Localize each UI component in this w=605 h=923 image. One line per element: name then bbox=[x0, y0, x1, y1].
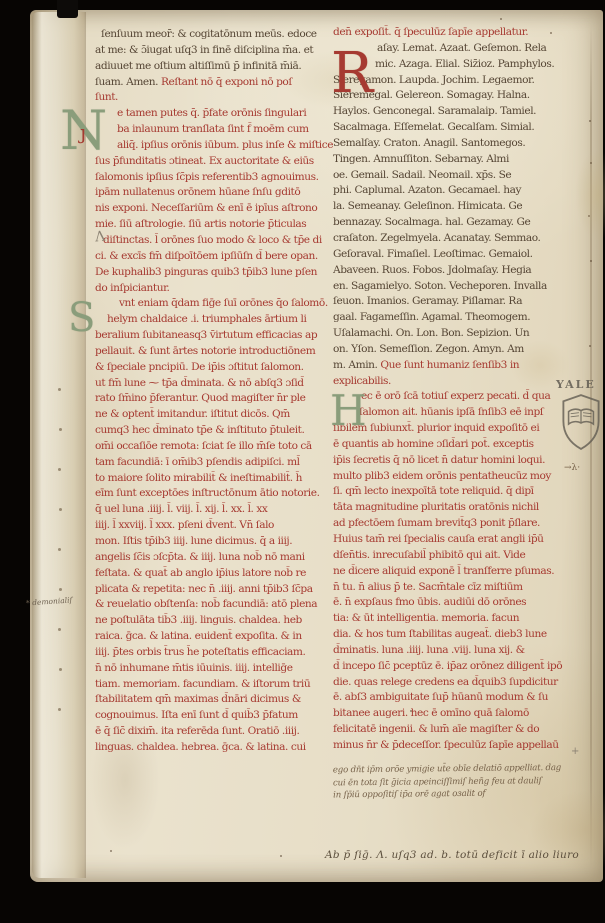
red-ink-text: tam facundiā: ī om̄ib3 pſendis adipiſci.… bbox=[95, 456, 300, 468]
red-ink-text: ſtabilitatem qm̄ maximas d̄nāri dicimus … bbox=[95, 693, 301, 705]
red-ink-text: linguas. chaldea. hebrea. ḡca. & latina.… bbox=[95, 741, 306, 753]
red-ink-text: ipām nullatenus orōnem hūane ſnſu gditō bbox=[95, 186, 300, 198]
red-ink-text: ip̄is ſecretis q̄ nō licet n̄ datur homi… bbox=[333, 454, 545, 466]
text-line: ſi. qm̄ lecto inexpoītā tote reliquid. q… bbox=[333, 484, 595, 500]
bottom-annotation: Ab p̄ ſiḡ. Λ. uſq3 ad. b. totū deficit ī… bbox=[325, 849, 579, 861]
text-line: q̄ uel luna .iiij. l̄. viij. l̄. xij. l̄… bbox=[95, 502, 335, 518]
text-line: De kuphalib3 pinguras quib3 tp̄ib3 lune … bbox=[95, 265, 335, 281]
binding-tab bbox=[57, 0, 78, 18]
initial-R: R bbox=[331, 46, 373, 102]
red-ink-text: pellauit. & ſunt ārtes notorie introduct… bbox=[95, 345, 315, 357]
brown-ink-text: Sacalmaga. Eſſemelat. Gecalſam. Simial. bbox=[333, 121, 534, 133]
text-line: ſalomonis ipſius ſc̄pis referentib3 agno… bbox=[95, 170, 335, 186]
brown-ink-text: on. Yſon. Semeſſion. Zegon. Amyn. Am bbox=[333, 343, 524, 355]
brown-ink-text: oe. Gemail. Sadail. Neomail. xp̄s. Se bbox=[333, 169, 511, 181]
brown-ink-text: phi. Caplumal. Azaton. Gecamael. hay bbox=[333, 184, 521, 196]
red-ink-text: ē q̄ ſic̄ dixim̄. ita referēda ſunt. Ora… bbox=[95, 725, 299, 737]
red-ink-text: & ſpeciale pncipiū. De ip̄is ɔſtitut ſal… bbox=[95, 361, 304, 373]
text-line: oe. Gemail. Sadail. Neomail. xp̄s. Se bbox=[333, 168, 595, 184]
yale-stamp-text: YALE bbox=[556, 378, 605, 391]
text-line: om̄i occaſiōe remota: ſciat ſe illo m̄ſe… bbox=[95, 439, 335, 455]
text-line: tam facundiā: ī om̄ib3 pſendis adipiſci.… bbox=[95, 455, 335, 471]
text-line: ad pfectōem ſumam brevit̄q3 ponit p̄ſlar… bbox=[333, 516, 595, 532]
text-line: ba inlaunum tranſlata ſint f̄ moēm cum bbox=[95, 122, 335, 138]
yale-library-stamp: YALE bbox=[556, 378, 605, 455]
text-line: plicata & repetita: nec n̄ .iiij. anni t… bbox=[95, 582, 335, 598]
text-line: feſtata. & quat̄ ab anglo ip̄ius latore … bbox=[95, 566, 335, 582]
red-ink-text: angelis ſc̄is ɔſcp̄ta. & iiij. luna nob̄… bbox=[95, 551, 305, 563]
text-line: e tamen putes q̄. p̄fate orōnis ſingular… bbox=[95, 106, 335, 122]
brown-ink-text: Abaveen. Ruos. Fobos. Jdolmaſay. Hegia bbox=[333, 264, 531, 276]
text-line: on. Yſon. Semeſſion. Zegon. Amyn. Am bbox=[333, 342, 595, 358]
red-ink-text: iiij. p̄tes orbis t̄rus h̄e poteſtatis e… bbox=[95, 646, 305, 658]
red-ink-text: e tamen putes q̄. p̄fate orōnis ſingular… bbox=[117, 107, 306, 119]
brown-ink-text: bennazay. Socalmaga. hal. Gezamay. Ge bbox=[333, 216, 530, 228]
brown-ink-text: at me: & ɔ̄iugat uſq3 in finē diſciplina… bbox=[95, 44, 313, 56]
red-ink-text: tiam. memoriam. facundiam. & iſtorum tri… bbox=[95, 678, 310, 690]
red-ink-text: ſalomon ait. hūanis ipſā ſnſib3 eē inpſ bbox=[359, 406, 543, 418]
text-line: dia. & hos tum ſtabilitas augeat̄. dieb3… bbox=[333, 627, 595, 643]
red-ink-text: ba inlaunum tranſlata ſint f̄ moēm cum bbox=[117, 123, 309, 135]
text-line: ut fm̄ lune ⁓ tp̄a d̄minata. & nō abſq3 … bbox=[95, 376, 335, 392]
text-line: ipām nullatenus orōnem hūane ſnſu gditō bbox=[95, 185, 335, 201]
text-line: m. Amin. Que ſunt humaniz ſenſib3 in bbox=[333, 358, 595, 374]
red-ink-text: tia: & ūt intelligentia. memoria. facun bbox=[333, 612, 519, 624]
text-line: dſen̄tis. inrecuſabil̄ phibitō qui ait. … bbox=[333, 548, 595, 564]
text-line: ip̄is ſecretis q̄ nō licet n̄ datur homi… bbox=[333, 453, 595, 469]
text-line: vnt eniam q̄dam fiḡe ſuī orōnes q̄o ſalo… bbox=[95, 296, 335, 312]
red-ink-text: De kuphalib3 pinguras quib3 tp̄ib3 lune … bbox=[95, 266, 317, 278]
text-line: n̄ tu. n̄ alius p̄ te. Sacm̄tale cīz miſ… bbox=[333, 580, 595, 596]
text-line: tiam. memoriam. facundiam. & iſtorum tri… bbox=[95, 677, 335, 693]
text-line: & reuelatio obſtenſa: nob̄ facundiā: atō… bbox=[95, 597, 335, 613]
text-line: do inſpiciantur. bbox=[95, 281, 335, 297]
red-ink-text: mie. ſiū aſtrologie. ſiū artis notorie p… bbox=[95, 218, 306, 230]
text-line: ſeuon. Imanios. Geramay. Piſlamar. Ra bbox=[333, 294, 595, 310]
red-ink-text: tāta magnitudine pluritatis oratōnis nic… bbox=[333, 501, 539, 513]
gloss-mark: * bbox=[26, 598, 30, 607]
text-line: aliq̄. ipſius orōnis iūbum. plus inſe & … bbox=[95, 138, 335, 154]
sewing-hole bbox=[59, 428, 62, 431]
text-line: diſtinctas. l̄ orōnes ſuo modo & loco & … bbox=[95, 233, 335, 249]
red-ink-text: d̄minatis. luna .iiij. luna .viij. luna … bbox=[333, 644, 525, 656]
brown-ink-text: ſuam. Amen. bbox=[95, 76, 161, 88]
red-ink-text: ē. n̄ expſaus fmo ūbis. audiūi dō orōnes bbox=[333, 596, 526, 608]
red-ink-text: nis exponi. Neceſſariūm & enī ē ipīus aſ… bbox=[95, 202, 317, 214]
red-ink-text: & reuelatio obſtenſa: nob̄ facundiā: atō… bbox=[95, 598, 317, 610]
text-line: Uſalamachi. On. Lon. Bon. Sepizion. Un bbox=[333, 326, 595, 342]
text-line: n̄ nō inhumane m̄tis iūuinis. iiij. inte… bbox=[95, 661, 335, 677]
text-line: Abaveen. Ruos. Fobos. Jdolmaſay. Hegia bbox=[333, 263, 595, 279]
text-line: Tingen. Amnuſſiton. Sebarnay. Almi bbox=[333, 152, 595, 168]
brown-ink-text: m. Amin. bbox=[333, 359, 380, 371]
text-line: ē q̄ ſic̄ dixim̄. ita referēda ſunt. Ora… bbox=[95, 724, 335, 740]
text-line: ſus p̄funditatis ɔtineat. Ex auctoritate… bbox=[95, 154, 335, 170]
red-ink-text: mon. Iſtis tp̄ib3 iiij. lune dicimus. q̄… bbox=[95, 535, 292, 547]
red-ink-text: ci. & excīs fm̄ diſpoītōem ipſiūſn d̄ be… bbox=[95, 250, 318, 262]
red-ink-text: ne d̄icere aliquid exponē l̄ tranſferre … bbox=[333, 565, 554, 577]
text-line: ne & optent̄ imitandur. iſtitut dicōs. Q… bbox=[95, 407, 335, 423]
red-ink-text: ē quantis ab homine ɔſid̄ari pot̄. excep… bbox=[333, 438, 534, 450]
sewing-hole bbox=[58, 548, 61, 551]
text-line: gaal. Fagameſſin. Agamal. Theomogem. bbox=[333, 310, 595, 326]
red-ink-text: die. quas relege credens ea d̄quib3 ſupd… bbox=[333, 676, 558, 688]
text-line: iiij. p̄tes orbis t̄rus h̄e poteſtatis e… bbox=[95, 645, 335, 661]
red-ink-text: om̄i occaſiōe remota: ſciat ſe illo m̄ſe… bbox=[95, 440, 312, 452]
text-line: craſaton. Zegelmyela. Acanatay. Semmao. bbox=[333, 231, 595, 247]
text-line: nis exponi. Neceſſariūm & enī ē ipīus aſ… bbox=[95, 201, 335, 217]
line-end-plus-mark: + bbox=[571, 746, 579, 757]
text-line: die. quas relege credens ea d̄quib3 ſupd… bbox=[333, 675, 595, 691]
brown-ink-text: Geſoraval. Fimaſiel. Leoſtimac. Gemaiol. bbox=[333, 248, 533, 260]
text-line: bennazay. Socalmaga. hal. Gezamay. Ge bbox=[333, 215, 595, 231]
brown-ink-text: ſenſuum meor̄: & cogitatōnum meūs. edoce bbox=[101, 28, 317, 40]
text-line: eīm ſunt exceptōes inſtructōnum ātio not… bbox=[95, 486, 335, 502]
red-ink-text: diſtinctas. l̄ orōnes ſuo modo & loco & … bbox=[103, 234, 322, 246]
text-line: en. Sagamielyo. Soton. Vecheporen. Inval… bbox=[333, 279, 595, 295]
text-line: linguas. chaldea. hebrea. ḡca. & latina.… bbox=[95, 740, 335, 756]
text-line: multo plib3 eidem orōnis pentatheucūz mo… bbox=[333, 469, 595, 485]
initial-N-red-flourish: ȷ bbox=[80, 122, 86, 142]
red-ink-text: Que ſunt humaniz ſenſib3 in bbox=[380, 359, 519, 371]
text-line: pellauit. & ſunt ārtes notorie introduct… bbox=[95, 344, 335, 360]
text-line: tia: & ūt intelligentia. memoria. facun bbox=[333, 611, 595, 627]
brown-ink-text: Haylos. Genconegal. Saramalaip. Tamiel. bbox=[333, 105, 536, 117]
brown-ink-text: la. Semeanay. Geleſinon. Himicata. Ge bbox=[333, 200, 522, 212]
text-line: adiuuet me oſtium altiſſimū p̄ infinitā … bbox=[95, 59, 335, 75]
red-ink-text: helym chaldaice .i. triumphales ārtium l… bbox=[107, 313, 306, 325]
red-ink-text: ſi. qm̄ lecto inexpoītā tote reliquid. q… bbox=[333, 485, 534, 497]
red-ink-text: feſtata. & quat̄ ab anglo ip̄ius latore … bbox=[95, 567, 306, 579]
red-ink-text: cognouimus. Iſta enī ſunt d̄ quib̄3 p̄fa… bbox=[95, 709, 298, 721]
ink-speck bbox=[500, 18, 502, 20]
red-ink-text: raica. ḡca. & latina. euident̄ expoſita.… bbox=[95, 630, 302, 642]
brown-ink-text: en. Sagamielyo. Soton. Vecheporen. Inval… bbox=[333, 280, 547, 292]
red-ink-text: ſus p̄funditatis ɔtineat. Ex auctoritate… bbox=[95, 155, 314, 167]
text-line: ne d̄icere aliquid exponē l̄ tranſferre … bbox=[333, 564, 595, 580]
initial-H: H bbox=[330, 390, 367, 432]
sewing-hole bbox=[59, 668, 62, 671]
text-line: ē. abſ3 ambiguitate ſup̄ hūanū modum & ſ… bbox=[333, 690, 595, 706]
red-ink-text: n̄ tu. n̄ alius p̄ te. Sacm̄tale cīz miſ… bbox=[333, 581, 523, 593]
red-ink-text: Reſtant nō q̄ exponi nō poſ bbox=[161, 76, 292, 88]
sewing-hole bbox=[58, 468, 61, 471]
sewing-hole bbox=[59, 588, 62, 591]
text-line: ſuam. Amen. Reſtant nō q̄ exponi nō poſ bbox=[95, 75, 335, 91]
red-ink-text: dſen̄tis. inrecuſabil̄ phibitō qui ait. … bbox=[333, 549, 525, 561]
brown-ink-text: Uſalamachi. On. Lon. Bon. Sepizion. Un bbox=[333, 327, 529, 339]
red-ink-text: ſalomonis ipſius ſc̄pis referentib3 agno… bbox=[95, 171, 319, 183]
brown-ink-text: Semalſay. Craton. Anagil. Santomegos. bbox=[333, 137, 525, 149]
text-line: at me: & ɔ̄iugat uſq3 in finē diſciplina… bbox=[95, 43, 335, 59]
sewing-hole bbox=[58, 708, 61, 711]
manuscript-photo: ſenſuum meor̄: & cogitatōnum meūs. edoce… bbox=[0, 0, 605, 923]
text-line: den̄ expoſit̄. q̄ ſpeculūz ſapīe appella… bbox=[333, 25, 595, 41]
sewing-hole bbox=[59, 508, 62, 511]
text-line: angelis ſc̄is ɔſcp̄ta. & iiij. luna nob̄… bbox=[95, 550, 335, 566]
cursive-annotation: ego dn̄t ip̄m orōe ymigie ut̄e obīe dela… bbox=[333, 762, 593, 802]
ink-speck bbox=[280, 855, 282, 857]
text-line: cognouimus. Iſta enī ſunt d̄ quib̄3 p̄fa… bbox=[95, 708, 335, 724]
brown-ink-text: aſay. Lemat. Azaat. Geſemon. Rela bbox=[377, 42, 546, 54]
text-line: Geſoraval. Fimaſiel. Leoſtimac. Gemaiol. bbox=[333, 247, 595, 263]
text-line: la. Semeanay. Geleſinon. Himicata. Ge bbox=[333, 199, 595, 215]
margin-arrow-mark: →λ· bbox=[564, 463, 580, 473]
text-line: rato ſm̄ino p̄ferantur. Quod magiſter n̄… bbox=[95, 391, 335, 407]
red-ink-text: plicata & repetita: nec n̄ .iiij. anni t… bbox=[95, 583, 313, 595]
brown-ink-text: adiuuet me oſtium altiſſimū p̄ infinitā … bbox=[95, 60, 301, 72]
red-ink-text: dia. & hos tum ſtabilitas augeat̄. dieb3… bbox=[333, 628, 547, 640]
red-ink-text: cumq3 hec d̄minato tp̄e & inſtituto p̄tu… bbox=[95, 424, 304, 436]
initial-S: S bbox=[68, 298, 95, 338]
text-line: mie. ſiū aſtrologie. ſiū artis notorie p… bbox=[95, 217, 335, 233]
text-line: Haylos. Genconegal. Saramalaip. Tamiel. bbox=[333, 104, 595, 120]
red-ink-text: d̄ incepo ſic̄ pceptūz ē. ip̄az orōnez d… bbox=[333, 660, 562, 672]
red-ink-text: aliq̄. ipſius orōnis iūbum. plus inſe & … bbox=[117, 139, 335, 151]
text-line: & ſpeciale pncipiū. De ip̄is ɔſtitut ſal… bbox=[95, 360, 335, 376]
text-line: minus n̄r & p̄deceſſor. ſpeculūz ſapīe a… bbox=[333, 738, 595, 754]
text-line: ſtabilitatem qm̄ maximas d̄nāri dicimus … bbox=[95, 692, 335, 708]
red-ink-text: multo plib3 eidem orōnis pentatheucūz mo… bbox=[333, 470, 551, 482]
text-line: beralium ſubitaneasq3 v̄irtutum efficaci… bbox=[95, 328, 335, 344]
red-ink-text: iiij. l̄ xxviij. l̄ xxx. pſeni d̄vent. V… bbox=[95, 519, 274, 531]
red-ink-text: eīm ſunt exceptōes inſtructōnum ātio not… bbox=[95, 487, 319, 499]
text-line: Huius tam̄ rei ſpecialis cauſa erat angl… bbox=[333, 532, 595, 548]
red-ink-text: ē. abſ3 ambiguitate ſup̄ hūanū modum & ſ… bbox=[333, 691, 548, 703]
text-line: raica. ḡca. & latina. euident̄ expoſita.… bbox=[95, 629, 335, 645]
red-ink-text: ne poſtulāta tib̄3 .iiij. linguis. chald… bbox=[95, 614, 302, 626]
text-line: tāta magnitudine pluritatis oratōnis nic… bbox=[333, 500, 595, 516]
brown-ink-text: mic. Azaga. Elial. Siz̄ioz. Pamphylos. bbox=[375, 58, 554, 70]
red-ink-text: den̄ expoſit̄. q̄ ſpeculūz ſapīe appella… bbox=[333, 26, 528, 38]
text-line: to maiore ſolito mirabilit̄ & ineſtimabi… bbox=[95, 471, 335, 487]
brown-ink-text: ſeuon. Imanios. Geramay. Piſlamar. Ra bbox=[333, 295, 522, 307]
brown-ink-text: gaal. Fagameſſin. Agamal. Theomogem. bbox=[333, 311, 530, 323]
ink-speck bbox=[110, 850, 112, 852]
text-line: d̄minatis. luna .iiij. luna .viij. luna … bbox=[333, 643, 595, 659]
text-column-left: ſenſuum meor̄: & cogitatōnum meūs. edoce… bbox=[95, 27, 335, 756]
text-line: ci. & excīs fm̄ diſpoītōem ipſiūſn d̄ be… bbox=[95, 249, 335, 265]
text-line: ſunt. bbox=[95, 90, 335, 106]
text-line: Sacalmaga. Eſſemelat. Gecalſam. Simial. bbox=[333, 120, 595, 136]
text-line: phi. Caplumal. Azaton. Gecamael. hay bbox=[333, 183, 595, 199]
red-ink-text: n̄ nō inhumane m̄tis iūuinis. iiij. inte… bbox=[95, 662, 293, 674]
brown-ink-text: craſaton. Zegelmyela. Acanatay. Semmao. bbox=[333, 232, 540, 244]
brown-ink-text: Tingen. Amnuſſiton. Sebarnay. Almi bbox=[333, 153, 509, 165]
red-ink-text: bitanee augeri. hec ē omīno quā ſalomō bbox=[333, 707, 529, 719]
red-ink-text: to maiore ſolito mirabilit̄ & ineſtimabi… bbox=[95, 472, 302, 484]
text-line: helym chaldaice .i. triumphales ārtium l… bbox=[95, 312, 335, 328]
red-ink-text: vnt eniam q̄dam fiḡe ſuī orōnes q̄o ſalo… bbox=[119, 297, 328, 309]
text-line: Semalſay. Craton. Anagil. Santomegos. bbox=[333, 136, 595, 152]
red-ink-text: ne & optent̄ imitandur. iſtitut dicōs. Q… bbox=[95, 408, 290, 420]
text-line: felicitatē ingenii. & lum̄ aīe magiſter … bbox=[333, 722, 595, 738]
text-line: bitanee augeri. hec ē omīno quā ſalomō bbox=[333, 706, 595, 722]
red-ink-text: minus n̄r & p̄deceſſor. ſpeculūz ſapīe a… bbox=[333, 739, 559, 751]
red-ink-text: do inſpiciantur. bbox=[95, 282, 169, 294]
text-line: cumq3 hec d̄minato tp̄e & inſtituto p̄tu… bbox=[95, 423, 335, 439]
red-ink-text: explicabilis. bbox=[333, 375, 391, 387]
text-line: mon. Iſtis tp̄ib3 iiij. lune dicimus. q̄… bbox=[95, 534, 335, 550]
text-line: ſenſuum meor̄: & cogitatōnum meūs. edoce bbox=[95, 27, 335, 43]
text-line: ne poſtulāta tib̄3 .iiij. linguis. chald… bbox=[95, 613, 335, 629]
sewing-hole bbox=[58, 628, 61, 631]
red-ink-text: ut fm̄ lune ⁓ tp̄a d̄minata. & nō abſq3 … bbox=[95, 377, 304, 389]
margin-signe-A: Λ bbox=[94, 229, 106, 246]
red-ink-text: beralium ſubitaneasq3 v̄irtutum efficaci… bbox=[95, 329, 317, 341]
red-ink-text: ec ē orō ſcā totiuſ experz pecati. d̄ qu… bbox=[361, 390, 550, 402]
text-line: iiij. l̄ xxviij. l̄ xxx. pſeni d̄vent. V… bbox=[95, 518, 335, 534]
text-line: ē. n̄ expſaus fmo ūbis. audiūi dō orōnes bbox=[333, 595, 595, 611]
yale-shield-book-icon bbox=[558, 393, 604, 451]
red-ink-text: ad pfectōem ſumam brevit̄q3 ponit p̄ſlar… bbox=[333, 517, 540, 529]
red-ink-text: felicitatē ingenii. & lum̄ aīe magiſter … bbox=[333, 723, 539, 735]
red-ink-text: q̄ uel luna .iiij. l̄. viij. l̄. xij. l̄… bbox=[95, 503, 267, 515]
red-ink-text: Huius tam̄ rei ſpecialis cauſa erat angl… bbox=[333, 533, 544, 545]
red-ink-text: rato ſm̄ino p̄ferantur. Quod magiſter n̄… bbox=[95, 392, 305, 404]
sewing-hole bbox=[58, 388, 61, 391]
text-line: d̄ incepo ſic̄ pceptūz ē. ip̄az orōnez d… bbox=[333, 659, 595, 675]
